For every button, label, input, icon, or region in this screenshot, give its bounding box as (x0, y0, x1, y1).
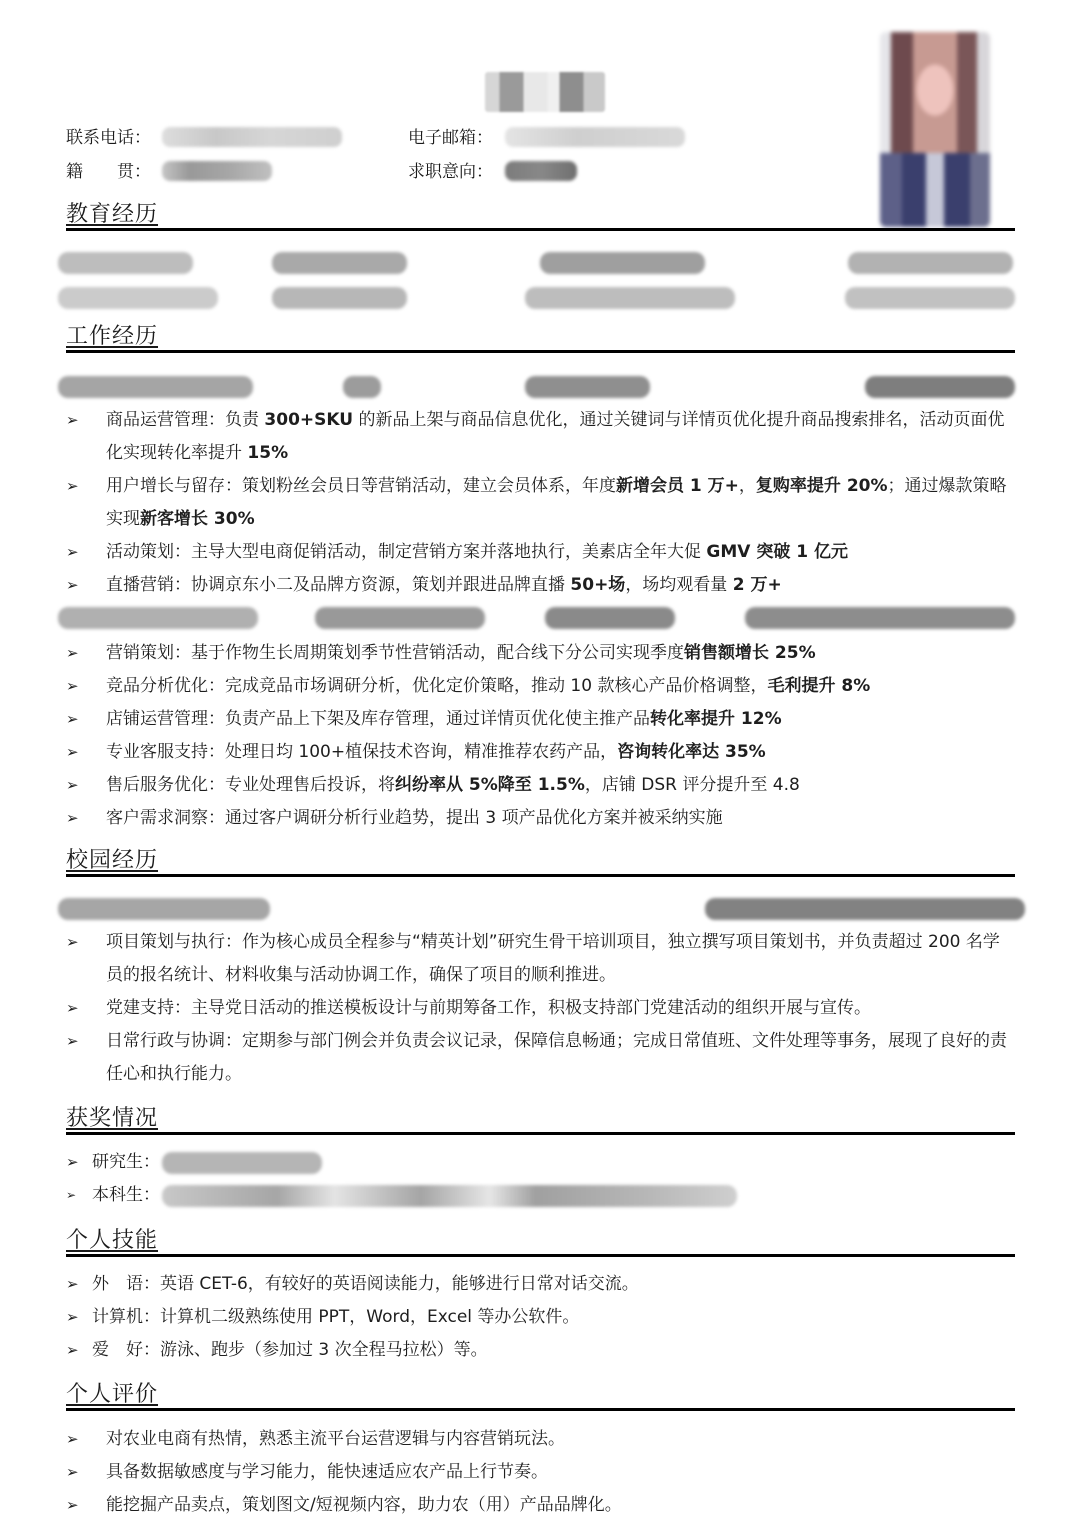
bullet-text: 竞品分析优化：完成竞品市场调研分析，优化定价策略，推动 10 款核心产品价格调整… (106, 670, 1016, 703)
section-skills: 个人技能 (66, 1228, 1015, 1254)
bullet-text: 营销策划：基于作物生长周期策划季节性营销活动，配合线下分公司实现季度销售额增长 … (106, 637, 1016, 670)
hometown-value-redacted (162, 161, 272, 181)
job-intent-label: 求职意向： (408, 162, 493, 182)
bullet-text: 店铺运营管理：负责产品上下架及库存管理，通过详情页优化使主推产品转化率提升 12… (106, 703, 1016, 736)
bullet-text: 具备数据敏感度与学习能力，能快速适应农产品上行节奏。 (106, 1456, 1016, 1489)
bullet-text: 党建支持：主导党日活动的推送模板设计与前期筹备工作，积极支持部门党建活动的组织开… (106, 992, 1016, 1025)
bullet-text: 客户需求洞察：通过客户调研分析行业趋势，提出 3 项产品优化方案并被采纳实施 (106, 802, 1016, 835)
bullet-text: 活动策划：主导大型电商促销活动，制定营销方案并落地执行，美素店全年大促 GMV … (106, 536, 1016, 569)
section-education: 教育经历 (66, 202, 1015, 228)
bullet-text: 专业客服支持：处理日均 100+植保技术咨询，精准推荐农药产品，咨询转化率达 3… (106, 736, 1016, 769)
section-campus: 校园经历 (66, 848, 1015, 874)
bullet-arrow-icon: ➢ (66, 1301, 86, 1334)
bullet-text: 能挖掘产品卖点，策划图文/短视频内容，助力农（用）产品品牌化。 (106, 1489, 1016, 1522)
bullet-text: 外 语：英语 CET-6，有较好的英语阅读能力，能够进行日常对话交流。 (92, 1268, 992, 1301)
bullet-text: 爱 好：游泳、跑步（参加过 3 次全程马拉松）等。 (92, 1334, 992, 1367)
section-title: 工作经历 (66, 324, 1015, 350)
bullet-arrow-icon: ➢ (66, 1456, 86, 1489)
bullet-arrow-icon: ➢ (66, 1423, 86, 1456)
section-work: 工作经历 (66, 324, 1015, 350)
bullet-arrow-icon: ➢ (66, 992, 86, 1025)
bullet-arrow-icon: ➢ (66, 736, 86, 769)
bullet-arrow-icon: ➢ (66, 1334, 86, 1367)
bullet-arrow-icon: ➢ (66, 569, 86, 602)
bullet-arrow-icon: ➢ (66, 1179, 86, 1212)
bullet-text: 日常行政与协调：定期参与部门例会并负责会议记录，保障信息畅通；完成日常值班、文件… (106, 1025, 1016, 1091)
section-title: 获奖情况 (66, 1106, 1015, 1132)
bullet-arrow-icon: ➢ (66, 670, 86, 703)
section-divider (66, 1132, 1015, 1135)
bullet-arrow-icon: ➢ (66, 802, 86, 835)
email-label: 电子邮箱： (408, 128, 493, 148)
bullet-arrow-icon: ➢ (66, 1146, 86, 1179)
award-value-redacted (162, 1185, 737, 1207)
phone-value-redacted (162, 127, 342, 147)
bullet-arrow-icon: ➢ (66, 470, 86, 503)
bullet-text: 直播营销：协调京东小二及品牌方资源，策划并跟进品牌直播 50+场，场均观看量 2… (106, 569, 1016, 602)
bullet-text: 售后服务优化：专业处理售后投诉，将纠纷率从 5%降至 1.5%，店铺 DSR 评… (106, 769, 1016, 802)
candidate-name-redacted (485, 72, 605, 112)
bullet-arrow-icon: ➢ (66, 1268, 86, 1301)
bullet-arrow-icon: ➢ (66, 1489, 86, 1522)
bullet-text: 商品运营管理：负责 300+SKU 的新品上架与商品信息优化，通过关键词与详情页… (106, 404, 1016, 470)
award-value-redacted (162, 1152, 322, 1174)
bullet-arrow-icon: ➢ (66, 1025, 86, 1058)
phone-label: 联系电话： (66, 128, 151, 148)
bullet-arrow-icon: ➢ (66, 769, 86, 802)
section-title: 教育经历 (66, 202, 1015, 228)
section-divider (66, 350, 1015, 353)
bullet-arrow-icon: ➢ (66, 404, 86, 437)
section-awards: 获奖情况 (66, 1106, 1015, 1132)
bullet-text: 对农业电商有热情，熟悉主流平台运营逻辑与内容营销玩法。 (106, 1423, 1016, 1456)
section-evaluation: 个人评价 (66, 1382, 1015, 1408)
bullet-arrow-icon: ➢ (66, 926, 86, 959)
bullet-text: 计算机：计算机二级熟练使用 PPT，Word，Excel 等办公软件。 (92, 1301, 992, 1334)
job-intent-value-redacted (505, 161, 577, 181)
bullet-text: 项目策划与执行：作为核心成员全程参与“精英计划”研究生骨干培训项目，独立撰写项目… (106, 926, 1016, 992)
section-title: 个人技能 (66, 1228, 1015, 1254)
profile-photo (880, 32, 990, 227)
section-divider (66, 228, 1015, 231)
bullet-arrow-icon: ➢ (66, 536, 86, 569)
section-divider (66, 874, 1015, 877)
section-title: 校园经历 (66, 848, 1015, 874)
section-divider (66, 1254, 1015, 1257)
section-divider (66, 1408, 1015, 1411)
email-value-redacted (505, 127, 685, 147)
section-title: 个人评价 (66, 1382, 1015, 1408)
hometown-label: 籍 贯： (66, 162, 151, 182)
bullet-text: 用户增长与留存：策划粉丝会员日等营销活动，建立会员体系，年度新增会员 1 万+，… (106, 470, 1016, 536)
bullet-arrow-icon: ➢ (66, 703, 86, 736)
bullet-arrow-icon: ➢ (66, 637, 86, 670)
